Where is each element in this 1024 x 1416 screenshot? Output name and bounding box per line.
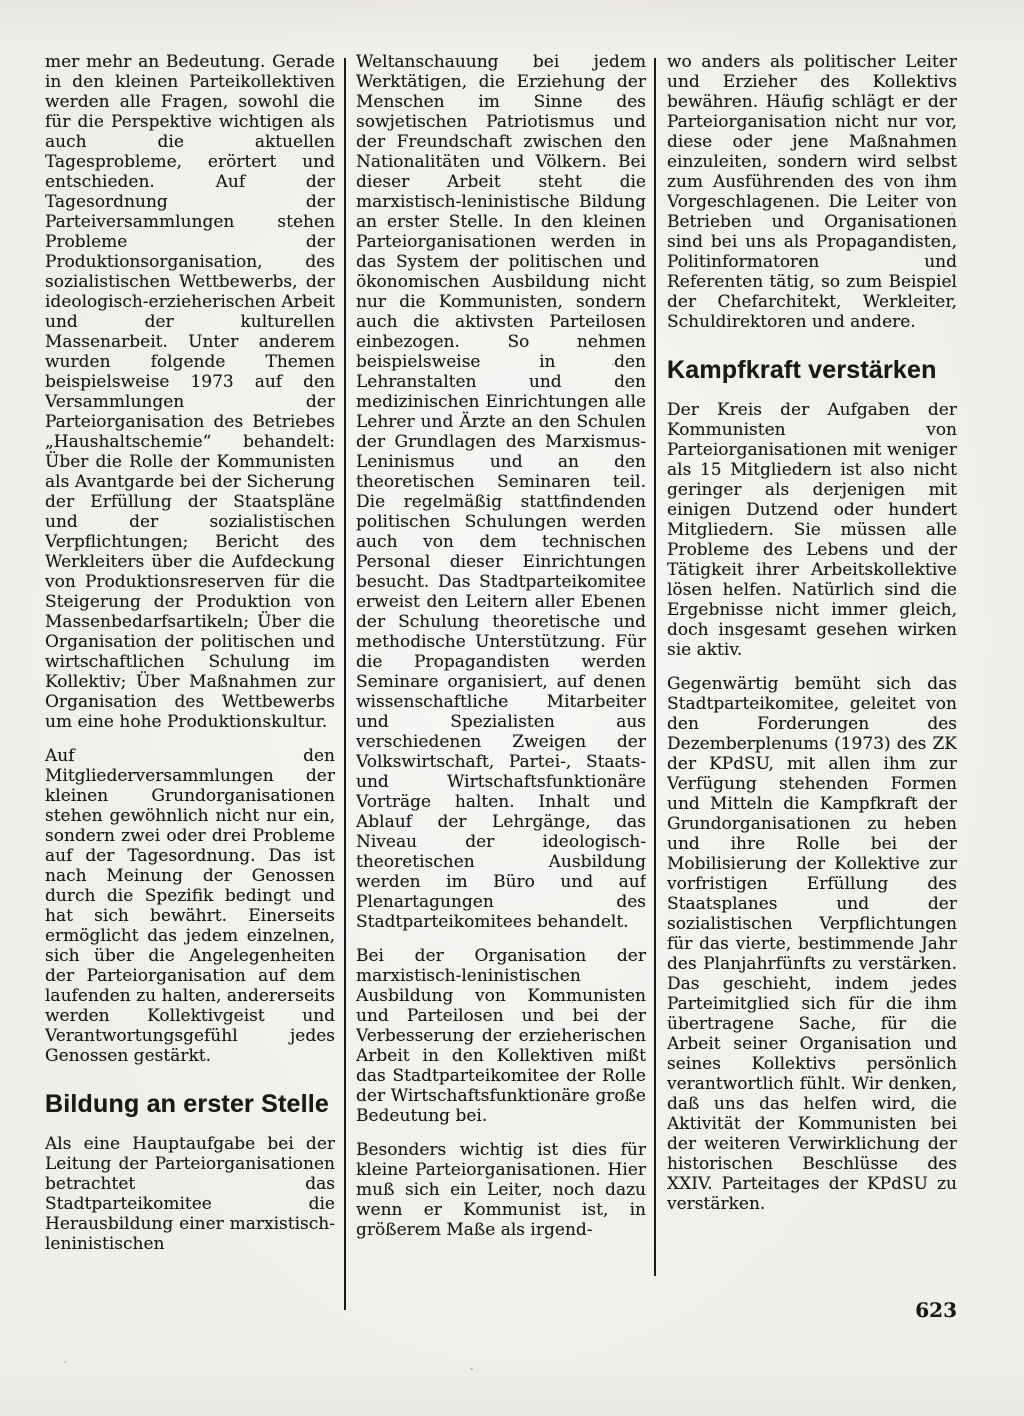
body-paragraph: Auf den Mitgliederversammlungen der klei… (45, 746, 335, 1066)
scan-speck (118, 776, 120, 779)
scan-speck (64, 1361, 66, 1363)
body-paragraph: mer mehr an Bedeutung. Gerade in den kle… (45, 52, 335, 732)
magazine-page: mer mehr an Bedeutung. Gerade in den kle… (0, 0, 1024, 1416)
scan-speck (612, 363, 615, 365)
scan-speck (284, 512, 287, 515)
scan-speck (470, 1368, 473, 1370)
text-column-left: mer mehr an Bedeutung. Gerade in den kle… (45, 52, 335, 1304)
body-paragraph: Der Kreis der Aufgaben der Kommunisten v… (667, 400, 957, 660)
body-paragraph: Als eine Hauptaufgabe bei der Leitung de… (45, 1134, 335, 1254)
scan-speck (878, 1048, 880, 1050)
body-paragraph: wo anders als politischer Leiter und Erz… (667, 52, 957, 332)
scan-speck (951, 212, 953, 215)
body-paragraph: Gegenwärtig bemüht sich das Stadtparteik… (667, 674, 957, 1214)
body-paragraph: Bei der Organisation der marxistisch-len… (356, 946, 646, 1126)
body-paragraph: Besonders wichtig ist dies für kleine Pa… (356, 1140, 646, 1240)
body-paragraph: Weltanschauung bei jedem Werktätigen, di… (356, 52, 646, 932)
section-heading-bildung: Bildung an erster Stelle (45, 1090, 335, 1118)
column-divider (654, 58, 656, 1276)
text-column-center: Weltanschauung bei jedem Werktätigen, di… (356, 52, 646, 1352)
column-divider (344, 58, 346, 1310)
text-column-right: wo anders als politischer Leiter und Erz… (667, 52, 957, 1308)
section-heading-kampfkraft: Kampfkraft verstärken (667, 356, 957, 384)
page-number: 623 (667, 1298, 957, 1322)
